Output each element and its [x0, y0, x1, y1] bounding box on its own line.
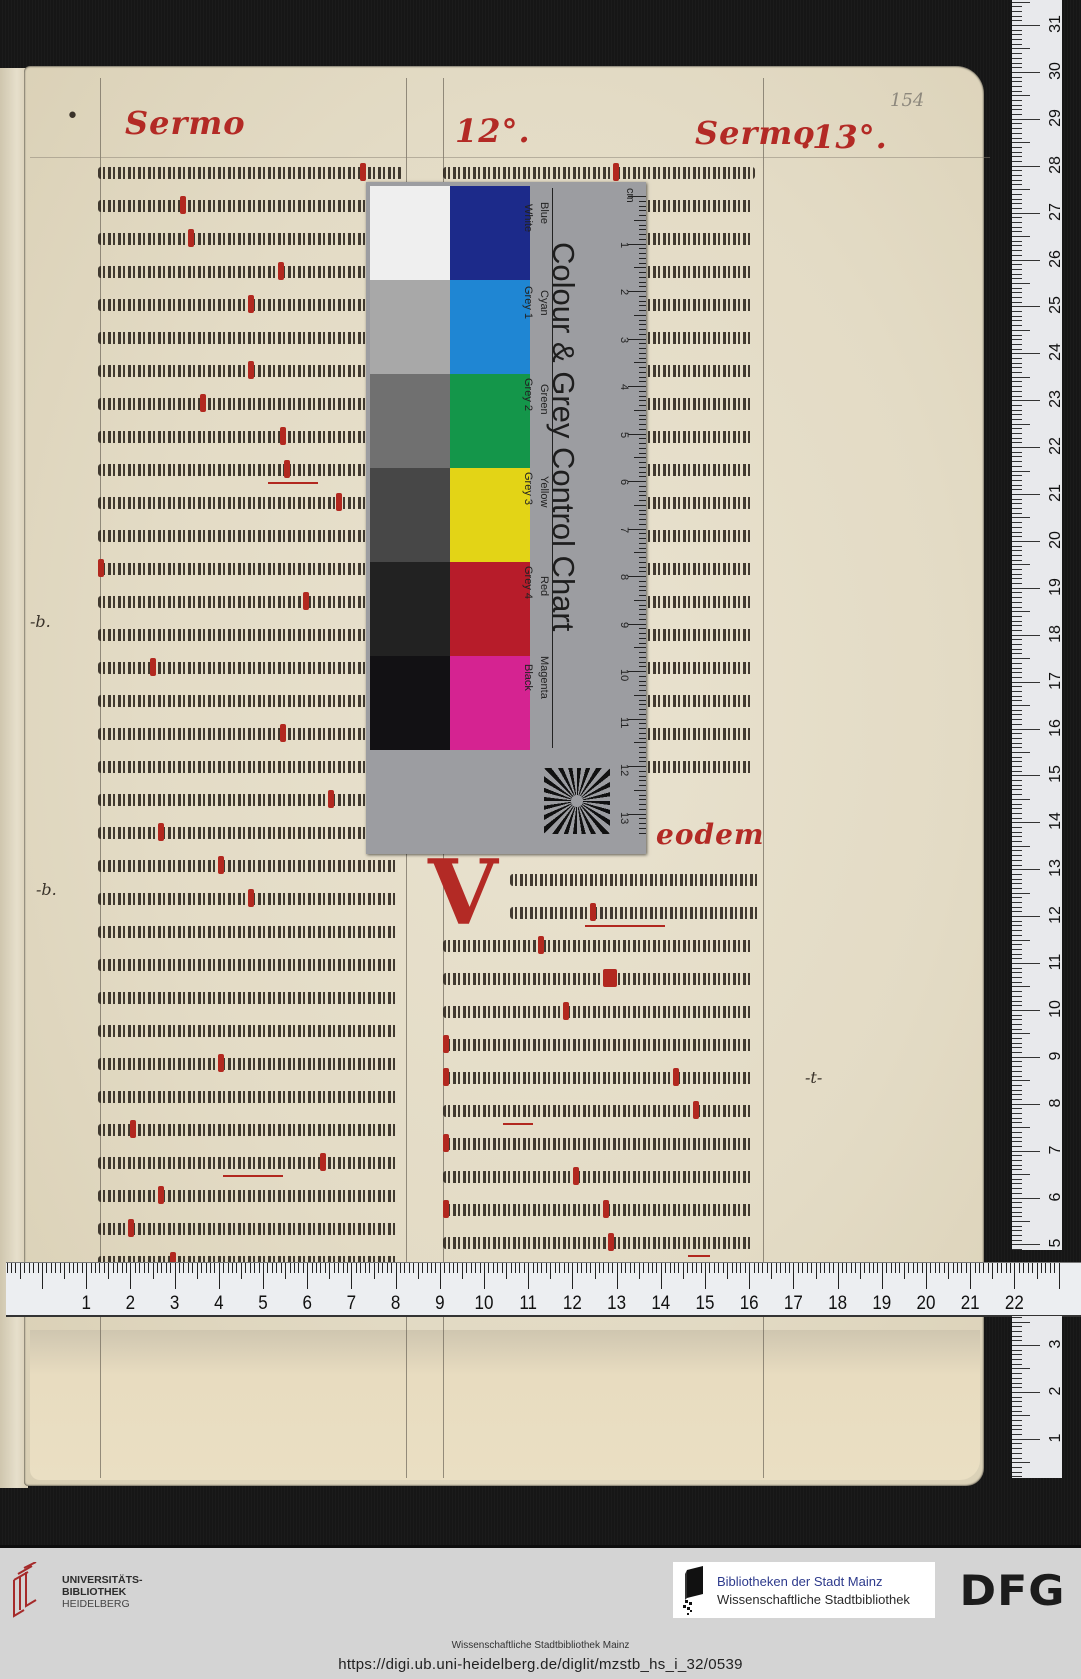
ruler-tick	[422, 1263, 423, 1273]
ruler-tick	[833, 1263, 834, 1273]
ruler-tick	[1012, 1188, 1022, 1189]
ruler-number: 14	[651, 1292, 670, 1315]
ruler-tick	[1012, 1235, 1022, 1236]
ruler-tick	[639, 628, 646, 629]
ruler-tick	[1012, 532, 1022, 533]
ruler-tick	[1012, 804, 1022, 805]
ruler-tick	[1012, 1429, 1022, 1430]
ruler-tick	[975, 1263, 976, 1273]
ruler-number: 16	[1047, 716, 1065, 740]
ruler-tick	[648, 1263, 649, 1273]
ruler-number: 26	[1047, 247, 1065, 271]
ruler-tick	[1012, 353, 1040, 354]
ruler-tick	[1012, 391, 1022, 392]
ruler-tick	[1012, 621, 1022, 622]
ruler-tick	[656, 1263, 657, 1273]
patch-grey-2	[370, 374, 450, 468]
ruler-tick	[1012, 325, 1022, 326]
ruler-number: 8	[618, 574, 630, 580]
ub-logo-line1: UNIVERSITÄTS-	[62, 1574, 143, 1586]
ruler-tick	[1012, 480, 1022, 481]
permalink-url[interactable]: https://digi.ub.uni-heidelberg.de/diglit…	[0, 1656, 1081, 1673]
ruler-number: 5	[618, 432, 630, 438]
ruler-tick	[1012, 653, 1022, 654]
ruler-tick	[639, 258, 646, 259]
ruler-tick	[639, 215, 646, 216]
ruler-tick	[639, 662, 646, 663]
ruler-tick	[1012, 1019, 1022, 1020]
ruler-tick	[365, 1263, 366, 1273]
ruler-tick	[1012, 1359, 1022, 1360]
ruler-tick	[581, 1263, 582, 1273]
ruler-tick	[1012, 1132, 1022, 1133]
ruler-tick	[1012, 147, 1022, 148]
ruler-tick	[1012, 630, 1022, 631]
ruler-tick	[1012, 517, 1030, 518]
ruler-tick	[1012, 114, 1022, 115]
ruler-tick	[1012, 283, 1030, 284]
ruler-tick	[1012, 367, 1022, 368]
ruler-tick	[639, 700, 646, 701]
ruler-tick	[1012, 410, 1022, 411]
ruler-tick	[718, 1263, 719, 1273]
ruler-tick	[1012, 53, 1022, 54]
ruler-tick	[639, 771, 646, 772]
ruler-tick	[51, 1263, 52, 1273]
ruler-tick	[740, 1263, 741, 1273]
patch-cyan	[450, 280, 530, 374]
ruler-tick	[1012, 672, 1022, 673]
ruler-tick	[639, 633, 646, 634]
ruler-number: 10	[475, 1292, 494, 1315]
ruler-tick	[413, 1263, 414, 1273]
ruler-tick	[1012, 607, 1022, 608]
ruler-tick	[1012, 269, 1022, 270]
ruler-tick	[877, 1263, 878, 1273]
ruler-tick	[639, 320, 646, 321]
label-blue: Blue	[538, 202, 550, 224]
ruler-tick	[1012, 564, 1030, 565]
ruler-tick	[639, 747, 646, 748]
ruler-tick	[639, 495, 646, 496]
ruler-tick	[334, 1263, 335, 1273]
ruler-tick	[69, 1263, 70, 1273]
ruler-number: 9	[1047, 1044, 1065, 1068]
ruler-tick	[1012, 194, 1022, 195]
ruler-tick	[1012, 1345, 1040, 1346]
ruler-tick	[537, 1263, 538, 1273]
ruler-tick	[1012, 550, 1022, 551]
starburst-icon	[544, 768, 610, 834]
label-white: White	[522, 204, 534, 232]
ruler-tick	[1012, 1001, 1022, 1002]
rubric-eodem: eodem	[656, 818, 765, 851]
ruler-tick	[312, 1263, 313, 1273]
ruler-tick	[1012, 1024, 1022, 1025]
ruler-tick	[1012, 710, 1022, 711]
ruler-tick	[639, 757, 646, 758]
ruler-tick	[802, 1263, 803, 1273]
ruler-tick	[639, 571, 646, 572]
ruler-tick	[1012, 944, 1022, 945]
ruler-tick	[1012, 1216, 1022, 1217]
ruler-tick	[639, 638, 646, 639]
ruler-tick	[1019, 1263, 1020, 1273]
ruler-tick	[639, 429, 646, 430]
ruler-tick	[1012, 996, 1022, 997]
ruler-number: 8	[1047, 1091, 1065, 1115]
ruler-tick	[1012, 119, 1040, 120]
ruler-number: 13	[607, 1292, 626, 1315]
ruler-tick	[1012, 433, 1022, 434]
ruler-tick	[634, 647, 646, 648]
ruler-tick	[639, 823, 646, 824]
mainz-library-logo[interactable]: Bibliotheken der Stadt Mainz Wissenschaf…	[673, 1562, 935, 1618]
ruler-tick	[130, 1263, 131, 1289]
ruler-tick	[502, 1263, 503, 1273]
ruler-tick	[1012, 485, 1022, 486]
ruler-tick	[1012, 95, 1030, 96]
ruler-tick	[1012, 921, 1022, 922]
ruler-tick	[639, 581, 646, 582]
ruler-tick	[1012, 972, 1022, 973]
ruler-tick	[391, 1263, 392, 1273]
ruler-tick	[126, 1263, 127, 1273]
ruler-tick	[1012, 311, 1022, 312]
ruler-tick	[1012, 142, 1030, 143]
ruler-tick	[1012, 466, 1022, 467]
patch-red	[450, 562, 530, 656]
ruler-tick	[153, 1263, 154, 1279]
ruler-tick	[634, 742, 646, 743]
ruler-tick	[639, 443, 646, 444]
ruler-tick	[1012, 747, 1022, 748]
ruler-tick	[1012, 682, 1040, 683]
ruler-tick	[732, 1263, 733, 1273]
ruler-tick	[1012, 705, 1030, 706]
ruler-tick	[1012, 729, 1040, 730]
ruler-tick	[816, 1263, 817, 1279]
ruler-tick	[1012, 503, 1022, 504]
ruler-tick	[1012, 1118, 1022, 1119]
ruler-tick	[639, 491, 646, 492]
ruler-tick	[652, 1263, 653, 1273]
ruler-tick	[480, 1263, 481, 1273]
ruler-tick	[374, 1263, 375, 1279]
ruler-tick	[1012, 1151, 1040, 1152]
ruler-number: 29	[1047, 106, 1065, 130]
ruler-tick	[1012, 1383, 1022, 1384]
ruler-tick	[628, 766, 646, 767]
ruler-tick	[400, 1263, 401, 1273]
ruler-number: 28	[1047, 153, 1065, 177]
ruler-tick	[944, 1263, 945, 1273]
ruler-tick	[1012, 668, 1022, 669]
ruler-tick	[1045, 1263, 1046, 1273]
ruler-tick	[1012, 1198, 1040, 1199]
ruler-tick	[418, 1263, 419, 1279]
ruler-tick	[639, 248, 646, 249]
ruler-tick	[471, 1263, 472, 1273]
ruler-tick	[1012, 278, 1022, 279]
ruler-tick	[1012, 1061, 1022, 1062]
ruler-tick	[639, 201, 646, 202]
ruler-number: 7	[1047, 1138, 1065, 1162]
ruler-tick	[701, 1263, 702, 1273]
ruler-tick	[628, 576, 646, 577]
ruler-tick	[639, 685, 646, 686]
ruler-tick	[935, 1263, 936, 1273]
ruler-tick	[665, 1263, 666, 1273]
ruler-tick	[1012, 260, 1040, 261]
ruler-tick	[272, 1263, 273, 1273]
ruler-number: 21	[1047, 481, 1065, 505]
ruler-tick	[1012, 1071, 1022, 1072]
chart-title: Colour & Grey Control Chart	[541, 242, 581, 772]
ruler-tick	[1054, 1263, 1055, 1273]
heading-sermo-left: Sermo	[125, 104, 246, 142]
ruler-tick	[860, 1263, 861, 1279]
ruler-tick	[1012, 635, 1040, 636]
ruler-number: 11	[618, 717, 630, 728]
ruler-tick	[1012, 438, 1022, 439]
ruler-tick	[1012, 696, 1022, 697]
ruler-tick	[639, 728, 646, 729]
ruler-number: 15	[1047, 762, 1065, 786]
ruler-tick	[1012, 1448, 1022, 1449]
ruler-number: 27	[1047, 200, 1065, 224]
ruler-tick	[639, 809, 646, 810]
ruler-number: 13	[618, 812, 630, 824]
ruler-tick	[1012, 1174, 1030, 1175]
ruler-tick	[453, 1263, 454, 1273]
ruler-tick	[599, 1263, 600, 1273]
ruler-tick	[1012, 780, 1022, 781]
ruler-tick	[634, 410, 646, 411]
ruler-tick	[1012, 1244, 1040, 1245]
ruler-tick	[1012, 414, 1022, 415]
ruler-number: 16	[740, 1292, 759, 1315]
ruler-tick	[1032, 1263, 1033, 1273]
ruler-tick	[1012, 700, 1022, 701]
ruler-tick	[1012, 827, 1022, 828]
ruler-tick	[1012, 471, 1030, 472]
ruler-tick	[1012, 58, 1022, 59]
ruler-tick	[1012, 372, 1022, 373]
ruler-tick	[1012, 766, 1022, 767]
ruler-tick	[1012, 569, 1022, 570]
margin-note: -b.	[30, 612, 51, 631]
ruler-tick	[639, 229, 646, 230]
ub-heidelberg-logo[interactable]: UNIVERSITÄTS- BIBLIOTHEK HEIDELBERG	[10, 1562, 200, 1622]
ruler-tick	[1012, 1401, 1022, 1402]
ruler-tick	[475, 1263, 476, 1273]
ruler-tick	[1012, 522, 1022, 523]
ruler-tick	[811, 1263, 812, 1273]
mainz-logo-line2: Wissenschaftliche Stadtbibliothek	[717, 1592, 910, 1607]
ruler-tick	[608, 1263, 609, 1273]
ruler-tick	[634, 695, 646, 696]
ruler-number: 21	[961, 1292, 980, 1315]
ruler-tick	[1012, 1155, 1022, 1156]
ruler-tick	[628, 814, 646, 815]
ruler-tick	[1012, 16, 1022, 17]
ruler-tick	[1012, 189, 1030, 190]
ruler-number: 31	[1047, 12, 1065, 36]
ruler-tick	[1012, 691, 1022, 692]
ruler-tick	[42, 1263, 43, 1289]
ruler-tick	[1012, 677, 1022, 678]
ruler-tick	[241, 1263, 242, 1279]
ruler-tick	[1012, 386, 1022, 387]
patch-yellow	[450, 468, 530, 562]
ruler-tick	[139, 1263, 140, 1273]
ruler-tick	[639, 462, 646, 463]
ruler-tick	[639, 543, 646, 544]
ruler-tick	[1012, 560, 1022, 561]
ruler-tick	[1012, 1378, 1022, 1379]
ruler-tick	[104, 1263, 105, 1273]
ruler-tick	[1012, 1183, 1022, 1184]
ruler-tick	[55, 1263, 56, 1273]
ruler-tick	[1012, 1221, 1030, 1222]
ruler-tick	[1012, 583, 1022, 584]
ruler-tick	[1012, 888, 1022, 889]
ruler-tick	[1012, 1354, 1022, 1355]
ruler-tick	[577, 1263, 578, 1273]
label-grey-2: Grey 2	[522, 378, 534, 411]
ruler-tick	[1012, 405, 1022, 406]
ruler-tick	[639, 263, 646, 264]
ruler-tick	[1012, 1331, 1022, 1332]
ruler-tick	[1012, 738, 1022, 739]
ruler-tick	[628, 671, 646, 672]
ruler-tick	[564, 1263, 565, 1273]
ruler-tick	[1028, 1263, 1029, 1273]
ruler-tick	[1012, 1169, 1022, 1170]
ruler-tick	[1012, 940, 1030, 941]
ruler-tick	[639, 210, 646, 211]
ruler-number: 11	[1047, 950, 1065, 974]
ruler-tick	[829, 1263, 830, 1273]
ruler-tick	[1012, 133, 1022, 134]
ruler-tick	[639, 733, 646, 734]
ruler-tick	[1012, 91, 1022, 92]
ruler-tick	[1012, 602, 1022, 603]
ruler-tick	[1012, 363, 1022, 364]
label-grey-3: Grey 3	[522, 472, 534, 505]
ruler-number: 4	[618, 384, 630, 390]
ruler-tick	[1012, 1094, 1022, 1095]
ruler-tick	[1012, 1052, 1022, 1053]
ruler-tick	[886, 1263, 887, 1273]
ruler-tick	[1006, 1263, 1007, 1273]
ruler-tick	[466, 1263, 467, 1273]
ruler-tick	[11, 1263, 12, 1273]
ruler-tick	[639, 453, 646, 454]
ruler-tick	[639, 419, 646, 420]
ruler-tick	[484, 1263, 485, 1289]
ruler-tick	[705, 1263, 706, 1289]
margin-note: -t-	[805, 1068, 822, 1087]
ruler-tick	[869, 1263, 870, 1273]
dfg-logo[interactable]: DFG	[959, 1566, 1065, 1615]
ruler-tick	[1012, 930, 1022, 931]
ruler-tick	[639, 253, 646, 254]
ruler-tick	[639, 348, 646, 349]
ruler-tick	[197, 1263, 198, 1279]
ruler-tick	[1012, 447, 1040, 448]
patch-magenta	[450, 656, 530, 750]
ruler-tick	[1012, 841, 1022, 842]
ruler-tick	[1023, 1263, 1024, 1273]
ruler-tick	[639, 424, 646, 425]
text-column-right-lower-a	[510, 862, 765, 928]
ruler-number: 22	[1047, 434, 1065, 458]
ruler-tick	[497, 1263, 498, 1273]
ruler-tick	[369, 1263, 370, 1273]
ruler-tick	[1012, 846, 1030, 847]
ruler-tick	[1012, 100, 1022, 101]
ruler-tick	[1012, 1033, 1030, 1034]
ruler-tick	[1012, 616, 1022, 617]
ruler-tick	[1012, 893, 1030, 894]
ruler-tick	[99, 1263, 100, 1273]
ruler-tick	[1012, 1387, 1022, 1388]
ruler-tick	[1012, 1005, 1022, 1006]
ruler-tick	[639, 595, 646, 596]
ruler-number: 11	[519, 1292, 537, 1315]
ruler-tick	[1012, 1113, 1022, 1114]
ruler-number: 20	[917, 1292, 936, 1315]
ruler-number: 17	[1047, 669, 1065, 693]
ruler-tick	[1012, 1108, 1022, 1109]
ruler-tick	[1012, 6, 1022, 7]
ruler-tick	[1012, 1179, 1022, 1180]
ruler-tick	[1012, 1368, 1030, 1369]
ruler-tick	[1012, 686, 1022, 687]
ruler-tick	[1012, 396, 1022, 397]
ruler-tick	[639, 690, 646, 691]
ruler-tick	[214, 1263, 215, 1273]
ruler-number: 22	[1005, 1292, 1024, 1315]
ruler-tick	[387, 1263, 388, 1273]
ruler-tick	[1012, 883, 1022, 884]
ruler-tick	[948, 1263, 949, 1279]
ruler-tick	[113, 1263, 114, 1273]
ruler-tick	[1012, 1076, 1022, 1077]
ruler-tick	[1012, 836, 1022, 837]
ruler-tick	[639, 795, 646, 796]
ruler-tick	[1012, 170, 1022, 171]
ruler-tick	[639, 533, 646, 534]
ruler-number: 5	[258, 1292, 267, 1315]
ruler-tick	[493, 1263, 494, 1273]
ruler-tick	[223, 1263, 224, 1273]
label-grey-1: Grey 1	[522, 286, 534, 319]
ruler-tick	[639, 324, 646, 325]
ruler-tick	[506, 1263, 507, 1279]
ruler-tick	[60, 1263, 61, 1273]
ruler-tick	[639, 666, 646, 667]
ruler-tick	[1012, 527, 1022, 528]
ruler-tick	[1012, 597, 1022, 598]
ruler-tick	[807, 1263, 808, 1273]
ruler-tick	[723, 1263, 724, 1273]
ruler-tick	[382, 1263, 383, 1273]
ruler-tick	[82, 1263, 83, 1273]
ruler-number: 19	[1047, 575, 1065, 599]
